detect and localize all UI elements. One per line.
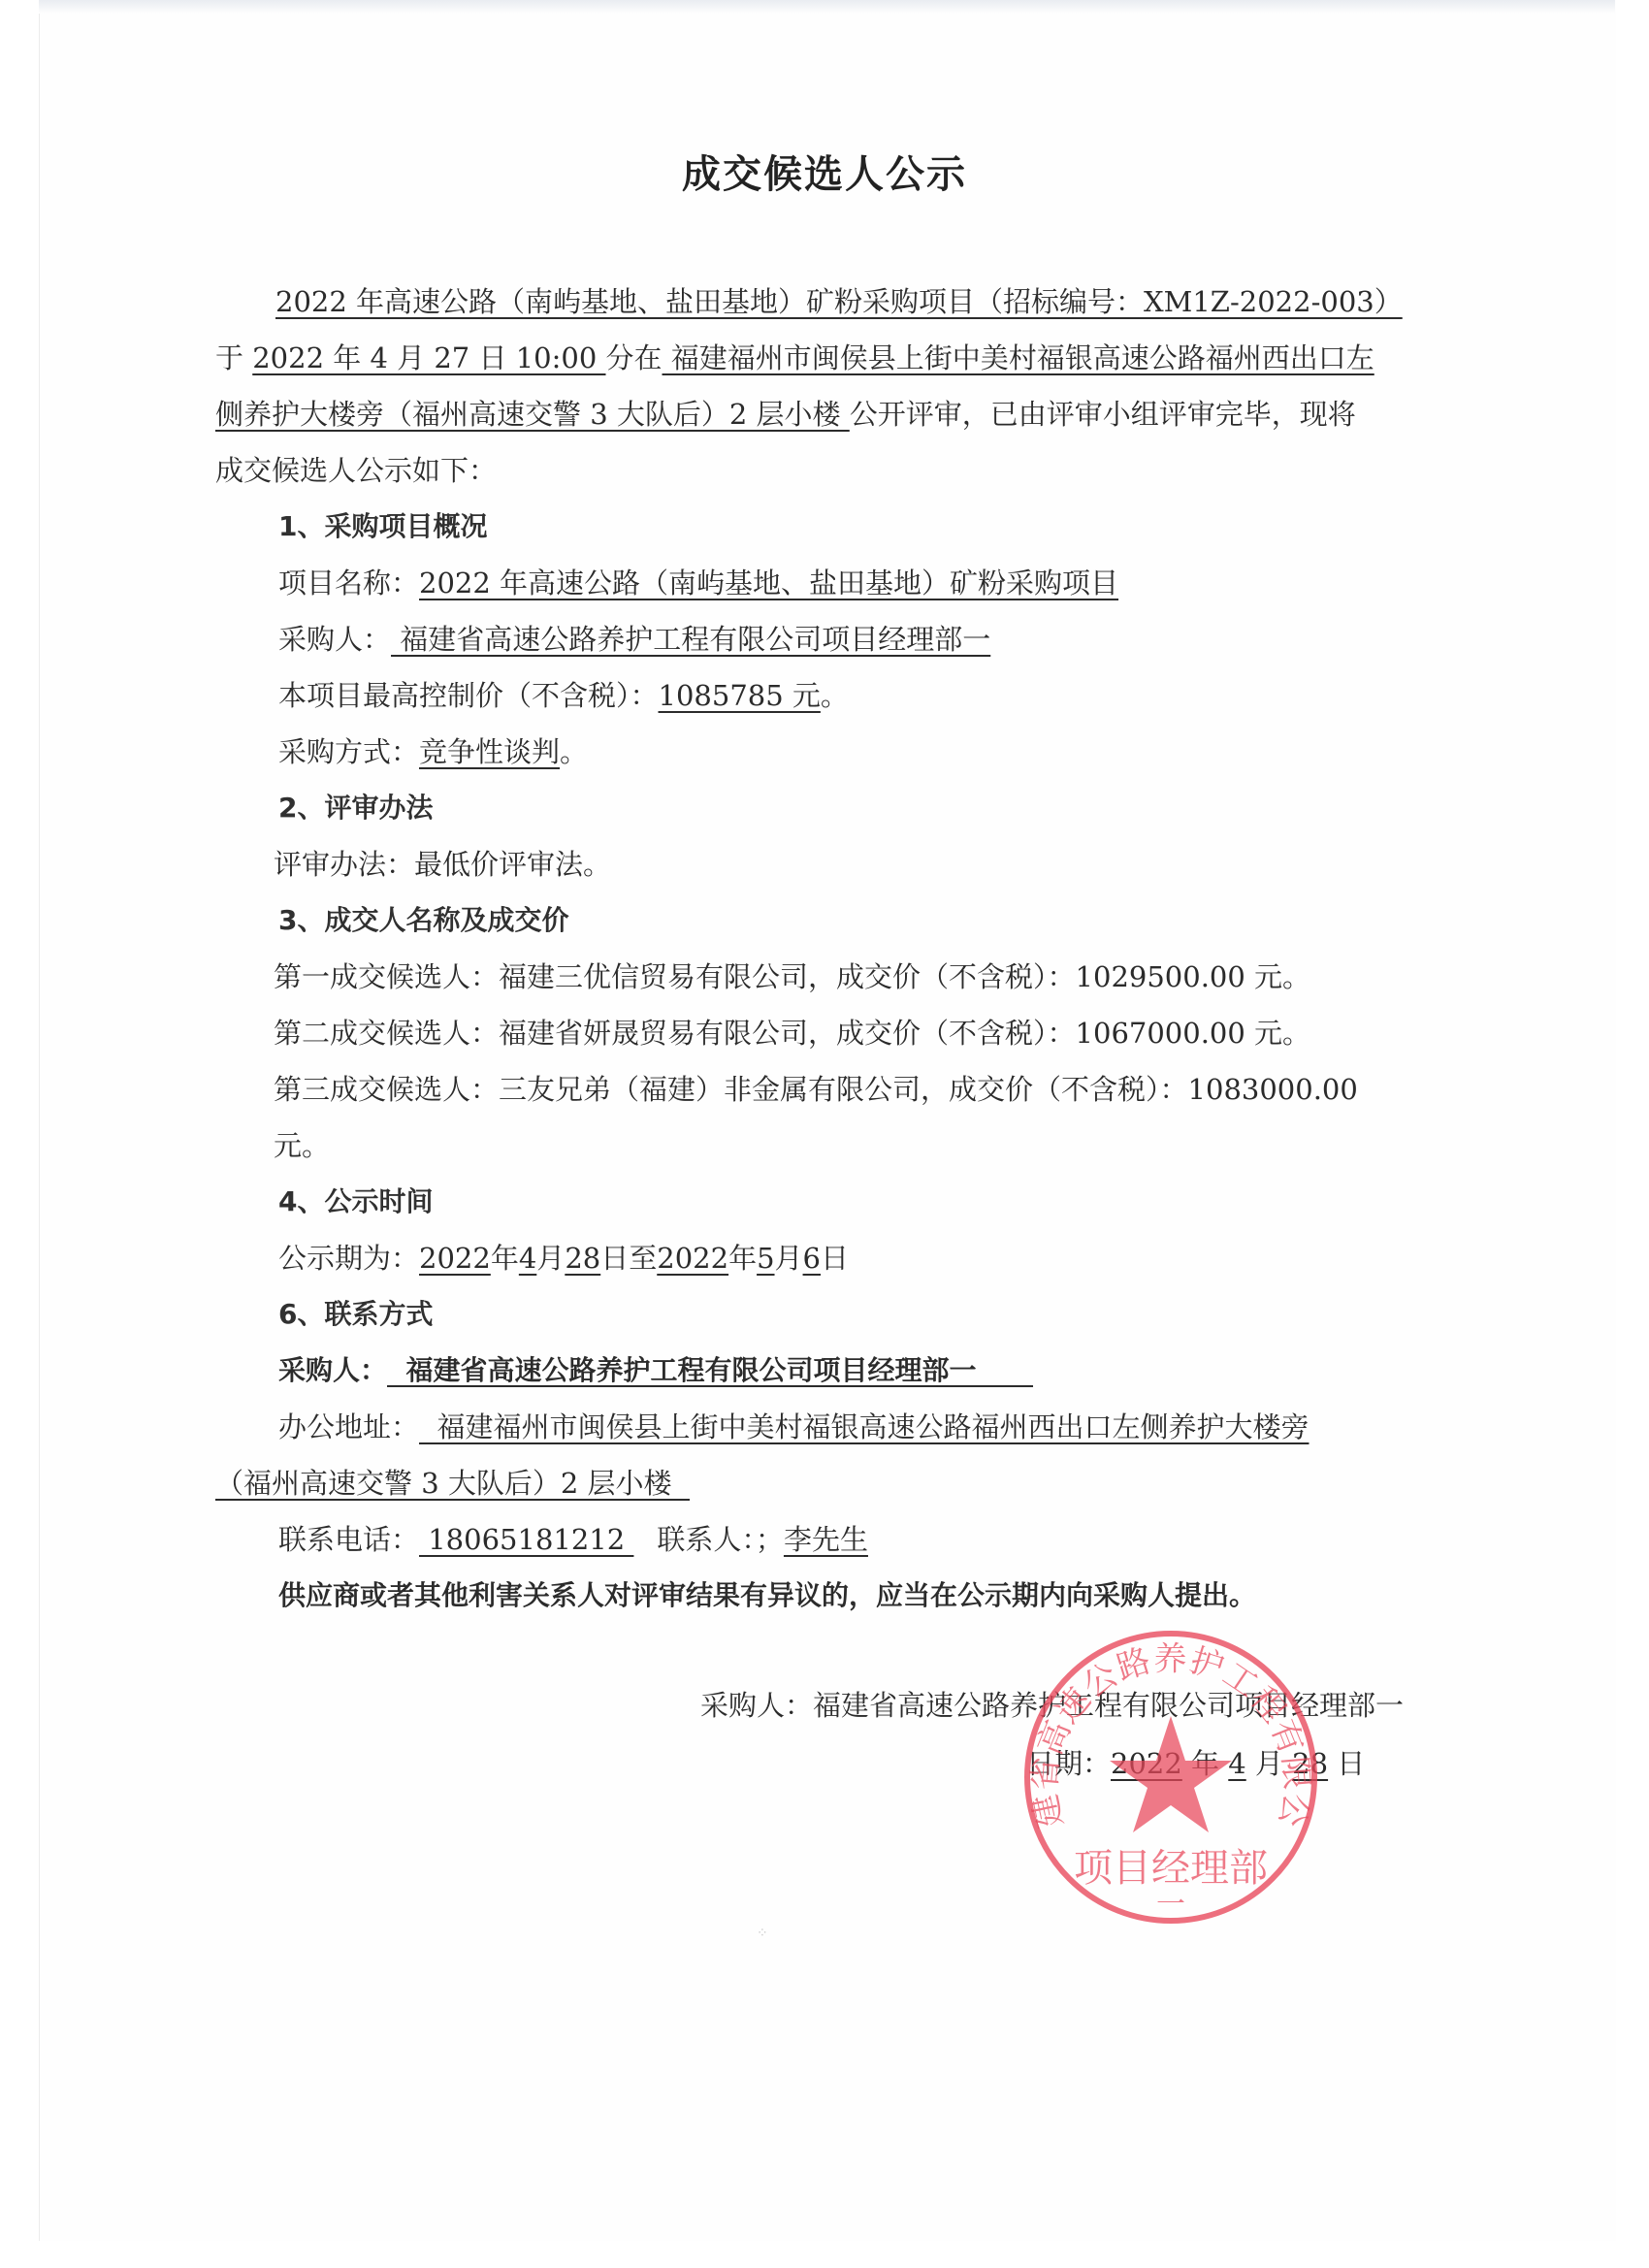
start-year: 2022 [419, 1242, 491, 1275]
field-label: 联系人：； [657, 1523, 784, 1556]
project-name-row: 项目名称：2022 年高速公路（南屿基地、盐田基地）矿粉采购项目 [215, 555, 1515, 611]
intro-line-2: 于 2022 年 4 月 27 日 10:00 分在 福建福州市闽侯县上街中美村… [215, 330, 1515, 386]
purchaser-value: 福建省高速公路养护工程有限公司项目经理部一 [391, 623, 990, 656]
phone-row: 联系电话： 18065181212 联系人：；李先生 [215, 1511, 1515, 1568]
punctuation: 。 [821, 679, 849, 712]
intro-text: 分在 [606, 341, 663, 374]
sign-month: 4 [1228, 1747, 1245, 1780]
intro-line-3: 侧养护大楼旁（福州高速交警 3 大队后）2 层小楼 公开评审，已由评审小组评审完… [215, 386, 1515, 442]
end-year: 2022 [657, 1242, 728, 1275]
review-datetime: 2022 年 4 月 27 日 10:00 [252, 341, 605, 374]
method-value: 竞争性谈判 [419, 735, 560, 768]
field-label: 采购方式： [278, 735, 419, 768]
candidate-company: 福建三优信贸易有限公司 [499, 960, 808, 993]
start-day: 28 [565, 1242, 600, 1275]
address-value-cont: （福州高速交警 3 大队后）2 层小楼 [215, 1467, 690, 1500]
address-value: 福建福州市闽侯县上街中美村福银高速公路福州西出口左侧养护大楼旁 [419, 1410, 1309, 1443]
section-heading-1: 1、采购项目概况 [215, 499, 1515, 555]
contact-purchaser-value: 福建省高速公路养护工程有限公司项目经理部一 [387, 1354, 1033, 1386]
price-label: ，成交价（不含税）： [808, 1017, 1076, 1050]
publicity-period: 公示期为：2022年4月28日至2022年5月6日 [215, 1230, 1515, 1286]
end-day: 6 [803, 1242, 821, 1275]
candidate-price: 1029500.00 [1076, 960, 1245, 993]
max-price-row: 本项目最高控制价（不含税）：1085785 元。 [215, 667, 1515, 724]
scan-speck: ⁘ [757, 1926, 768, 1941]
candidate-row-2: 第二成交候选人：福建省妍晟贸易有限公司，成交价（不含税）：1067000.00 … [215, 1005, 1515, 1061]
section-heading-4: 4、公示时间 [215, 1174, 1515, 1230]
date-char: 日 [600, 1242, 629, 1275]
end-month: 5 [757, 1242, 774, 1275]
date-char: 年 [1182, 1747, 1228, 1780]
contact-person: 李先生 [784, 1523, 868, 1556]
method-row: 采购方式：竞争性谈判。 [215, 724, 1515, 780]
field-label: 本项目最高控制价（不含税）： [278, 679, 659, 712]
punctuation: 。 [560, 735, 588, 768]
candidate-rank: 第二成交候选人： [274, 1017, 499, 1050]
date-char: 月 [1246, 1747, 1292, 1780]
candidate-price: 1083000.00 [1188, 1073, 1358, 1106]
objection-notice: 供应商或者其他利害关系人对评审结果有异议的，应当在公示期内向采购人提出。 [215, 1568, 1515, 1624]
intro-text: 公开评审，已由评审小组评审完毕，现将 [850, 398, 1356, 431]
max-price-value: 1085785 元 [659, 679, 821, 712]
intro-text: 成交候选人公示如下： [215, 454, 497, 487]
intro-text: 于 [215, 341, 243, 374]
address-row-cont: （福州高速交警 3 大队后）2 层小楼 [215, 1455, 1515, 1511]
signature-date: 日期：2022 年 4 月 28 日 [1026, 1742, 1365, 1782]
sign-year: 2022 [1111, 1747, 1182, 1780]
date-label: 日期： [1026, 1747, 1111, 1780]
candidate-rank: 第三成交候选人： [274, 1073, 499, 1106]
date-char: 至 [629, 1242, 657, 1275]
section-heading-6: 6、联系方式 [215, 1286, 1515, 1343]
price-label: ，成交价（不含税）： [921, 1073, 1188, 1106]
field-label: 项目名称： [278, 567, 419, 599]
date-char: 月 [775, 1242, 803, 1275]
evaluation-method: 评审办法：最低价评审法。 [215, 836, 1515, 892]
candidate-company: 福建省妍晟贸易有限公司 [499, 1017, 808, 1050]
section-heading-3: 3、成交人名称及成交价 [215, 892, 1515, 949]
date-char: 日 [821, 1242, 849, 1275]
field-label: 采购人： [278, 1354, 387, 1386]
candidate-company: 三友兄弟（福建）非金属有限公司 [499, 1073, 921, 1106]
price-unit: 元。 [1254, 1017, 1310, 1050]
scan-edge [39, 0, 1615, 14]
address-row: 办公地址： 福建福州市闽侯县上街中美村福银高速公路福州西出口左侧养护大楼旁 [215, 1399, 1515, 1455]
intro-line-4: 成交候选人公示如下： [215, 442, 1515, 499]
review-location-cont: 侧养护大楼旁（福州高速交警 3 大队后）2 层小楼 [215, 398, 850, 431]
signature-purchaser: 采购人：福建省高速公路养护工程有限公司项目经理部一 [700, 1684, 1404, 1724]
price-label: ，成交价（不含税）： [808, 960, 1076, 993]
date-char: 年 [491, 1242, 519, 1275]
price-unit: 元。 [274, 1129, 330, 1162]
date-char: 日 [1328, 1747, 1365, 1780]
field-label: 采购人： [278, 623, 391, 656]
section-heading-2: 2、评审办法 [215, 780, 1515, 836]
phone-value: 18065181212 [419, 1523, 633, 1556]
field-label: 公示期为： [278, 1242, 419, 1275]
intro-line-1: 2022 年高速公路（南屿基地、盐田基地）矿粉采购项目（招标编号：XM1Z-20… [215, 274, 1515, 330]
purchaser-row: 采购人： 福建省高速公路养护工程有限公司项目经理部一 [215, 611, 1515, 667]
contact-purchaser-row: 采购人： 福建省高速公路养护工程有限公司项目经理部一 [215, 1343, 1515, 1399]
sign-day: 28 [1292, 1747, 1328, 1780]
project-name-with-code: 2022 年高速公路（南屿基地、盐田基地）矿粉采购项目（招标编号：XM1Z-20… [275, 285, 1403, 318]
page-title: 成交候选人公示 [0, 144, 1649, 199]
candidate-row-3-cont: 元。 [215, 1118, 1515, 1174]
project-name-value: 2022 年高速公路（南屿基地、盐田基地）矿粉采购项目 [419, 567, 1118, 599]
start-month: 4 [519, 1242, 536, 1275]
date-char: 月 [536, 1242, 565, 1275]
candidate-price: 1067000.00 [1076, 1017, 1245, 1050]
candidate-row-1: 第一成交候选人：福建三优信贸易有限公司，成交价（不含税）：1029500.00 … [215, 949, 1515, 1005]
price-unit: 元。 [1254, 960, 1310, 993]
review-location: 福建福州市闽侯县上街中美村福银高速公路福州西出口左 [663, 341, 1374, 374]
candidate-rank: 第一成交候选人： [274, 960, 499, 993]
field-label: 联系电话： [278, 1523, 419, 1556]
document-body: 2022 年高速公路（南屿基地、盐田基地）矿粉采购项目（招标编号：XM1Z-20… [215, 274, 1515, 1624]
candidate-row-3: 第三成交候选人：三友兄弟（福建）非金属有限公司，成交价（不含税）：1083000… [215, 1061, 1515, 1118]
date-char: 年 [728, 1242, 757, 1275]
field-label: 办公地址： [278, 1410, 419, 1443]
